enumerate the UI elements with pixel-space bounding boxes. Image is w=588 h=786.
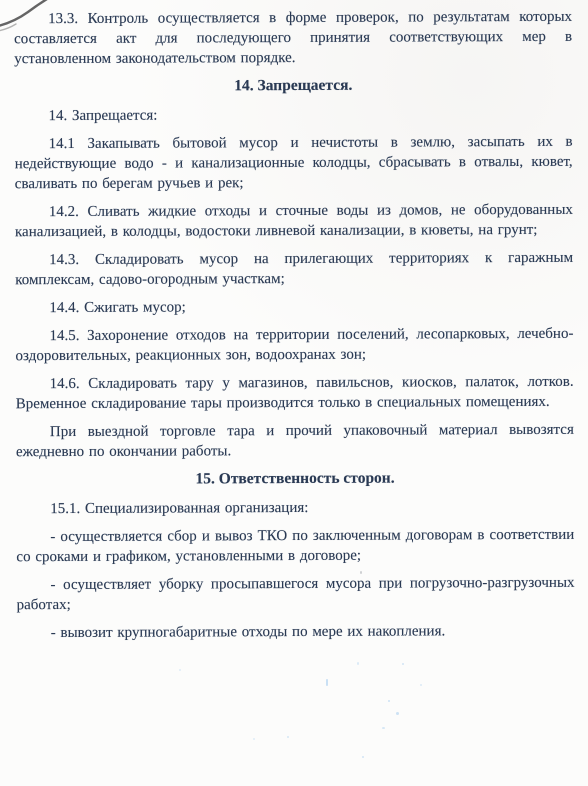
paragraph-13-3: 13.3. Контроль осуществляется в форме пр… bbox=[14, 7, 572, 69]
section-heading-14: 14. Запрещается. bbox=[14, 75, 572, 97]
list-item-dash-3: - вывозит крупногабаритные отходы по мер… bbox=[17, 621, 575, 643]
paragraph-14-1: 14.1 Закапывать бытовой мусор и нечистот… bbox=[15, 132, 573, 194]
list-item-dash-1: - осуществляется сбор и вывоз ТКО по зак… bbox=[16, 525, 574, 567]
paragraph-14-3: 14.3. Складировать мусор на прилегающих … bbox=[15, 248, 573, 290]
section-heading-15: 15. Ответственность сторон. bbox=[16, 468, 574, 490]
scanned-page: 13.3. Контроль осуществляется в форме пр… bbox=[0, 0, 588, 786]
scan-speckle bbox=[388, 700, 390, 702]
paragraph-15-1: 15.1. Специализированная организация: bbox=[16, 497, 574, 519]
scan-speckle bbox=[179, 669, 181, 671]
scan-speckle bbox=[402, 663, 404, 665]
scan-speckle bbox=[326, 679, 328, 686]
paragraph-14-4: 14.4. Сжигать мусор; bbox=[15, 296, 573, 318]
list-item-dash-2: - осуществляет уборку просыпавшегося мус… bbox=[16, 573, 574, 615]
paragraph-14-intro: 14. Запрещается: bbox=[14, 104, 572, 126]
document-body: 13.3. Контроль осуществляется в форме пр… bbox=[14, 7, 575, 651]
paragraph-14-2: 14.2. Сливать жидкие отходы и сточные во… bbox=[15, 200, 573, 242]
scan-speckle bbox=[362, 756, 364, 758]
scan-speckle bbox=[382, 727, 385, 729]
scan-speckle bbox=[357, 662, 359, 665]
scan-speckle bbox=[287, 736, 289, 738]
scan-speckle bbox=[420, 684, 422, 686]
scan-speckle bbox=[396, 712, 399, 715]
paragraph-14-6: 14.6. Складировать тару у магазинов, пав… bbox=[16, 372, 574, 414]
paragraph-packaging: При выездной торговле тара и прочий упак… bbox=[16, 420, 574, 462]
paragraph-14-5: 14.5. Захоронение отходов на территории … bbox=[15, 324, 573, 366]
scan-speckle bbox=[253, 738, 255, 740]
